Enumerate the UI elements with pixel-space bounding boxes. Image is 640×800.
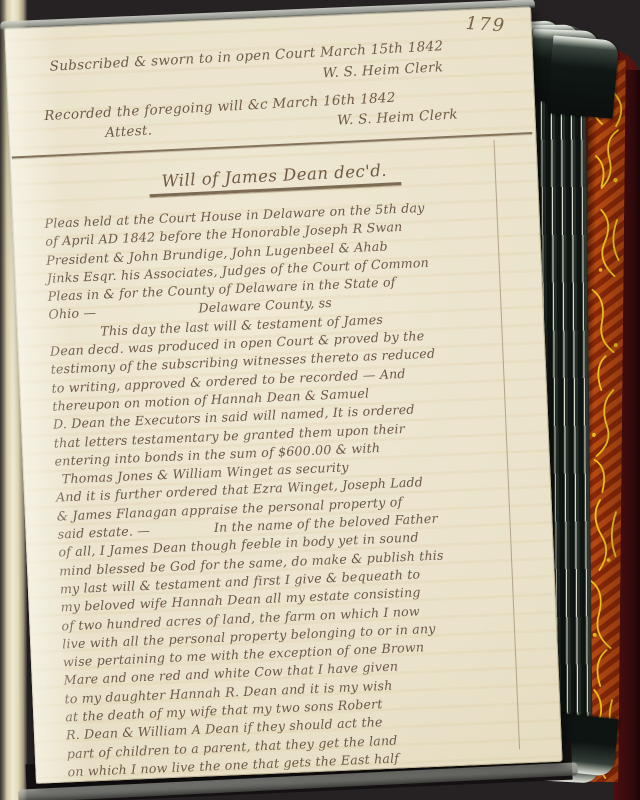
court-attestation-header: Subscribed & sworn to in open Court Marc… (39, 36, 498, 145)
body-text: Pleas held at the Court House in Delawar… (44, 196, 520, 782)
record-book-page: 179 Subscribed & sworn to in open Court … (4, 6, 562, 783)
photo-of-record-book: 179 Subscribed & sworn to in open Court … (0, 0, 640, 800)
clerk-signature: W. S. Heim Clerk (337, 107, 458, 129)
page-number: 179 (465, 13, 507, 36)
mylar-sleeve-top-edge (0, 0, 535, 31)
attest-label: Attest. (105, 123, 153, 141)
page-edge-corner (547, 35, 620, 118)
